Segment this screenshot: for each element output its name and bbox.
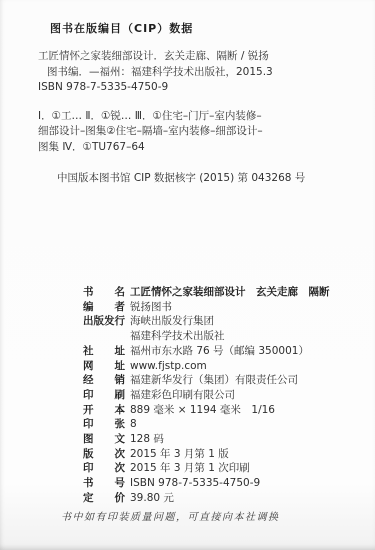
colophon-row-value: ISBN 978-7-5335-4750-9 bbox=[130, 476, 349, 491]
colophon-row: 印次 2015 年 3 月第 1 次印刷 bbox=[83, 461, 349, 476]
colophon-row-value: 福建科学技术出版社 bbox=[130, 329, 349, 344]
colophon-row: 图文 128 码 bbox=[83, 432, 349, 447]
colophon-row-label: 印张 bbox=[83, 417, 125, 432]
colophon-row-value: 889 毫米 × 1194 毫米 1/16 bbox=[130, 403, 349, 418]
colophon-row-label: 书号 bbox=[83, 476, 125, 491]
colophon-row-value: www.fjstp.com bbox=[130, 359, 349, 374]
cip-description-paragraph: 工匠情怀之家装细部设计．玄关走廊、隔断 / 锐扬图书编．—福州：福建科学技术出版… bbox=[38, 49, 349, 96]
cip-classification-paragraph: Ⅰ．①工… Ⅱ．①锐… Ⅲ．①住宅–门厅–室内装修–细部设计–图集②住宅–隔墙–… bbox=[38, 109, 349, 156]
colophon-row-label: 印次 bbox=[83, 461, 125, 476]
colophon-row-label: 社址 bbox=[83, 344, 125, 359]
colophon-row-value: 工匠情怀之家装细部设计 玄关走廊 隔断 bbox=[130, 285, 349, 300]
cip-description-line: 图书编．—福州：福建科学技术出版社，2015.3 bbox=[38, 65, 349, 81]
colophon-row-label: 经销 bbox=[83, 373, 125, 388]
cip-header-title: 图书在版编目（CIP）数据 bbox=[50, 20, 349, 36]
cip-classification-line: 细部设计–图集②住宅–隔墙–室内装修–细部设计– bbox=[38, 124, 349, 140]
colophon-row-label: 开本 bbox=[83, 403, 125, 418]
colophon-row-label: 出版发行 bbox=[83, 314, 125, 329]
colophon-row-value: 锐扬图书 bbox=[130, 300, 349, 315]
colophon-row: 印张 8 bbox=[83, 417, 349, 432]
colophon-row: 经销 福建新华发行（集团）有限责任公司 bbox=[83, 373, 349, 388]
colophon-row-label: 版次 bbox=[83, 447, 125, 462]
colophon-row: 版次 2015 年 3 月第 1 版 bbox=[83, 447, 349, 462]
colophon-row-label: 网址 bbox=[83, 359, 125, 374]
colophon-row-value: 福建新华发行（集团）有限责任公司 bbox=[130, 373, 349, 388]
colophon-row-value: 128 码 bbox=[130, 432, 349, 447]
cip-description-line: ISBN 978-7-5335-4750-9 bbox=[38, 80, 349, 96]
colophon-row-value: 福州市东水路 76 号（邮编 350001） bbox=[130, 344, 349, 359]
colophon-row: 书号 ISBN 978-7-5335-4750-9 bbox=[83, 476, 349, 491]
colophon-row: 编者 锐扬图书 bbox=[83, 300, 349, 315]
cip-record-number: 中国版本图书馆 CIP 数据核字 (2015) 第 043268 号 bbox=[57, 170, 349, 185]
colophon-row: 印刷 福建彩色印刷有限公司 bbox=[83, 388, 349, 403]
colophon-row: 定价 39.80 元 bbox=[83, 491, 349, 506]
colophon-row-value: 2015 年 3 月第 1 次印刷 bbox=[130, 461, 349, 476]
colophon-row-value: 39.80 元 bbox=[130, 491, 349, 506]
colophon-row: 书名 工匠情怀之家装细部设计 玄关走廊 隔断 bbox=[83, 285, 349, 300]
scanned-copyright-page: 图书在版编目（CIP）数据 工匠情怀之家装细部设计．玄关走廊、隔断 / 锐扬图书… bbox=[0, 0, 375, 550]
colophon-row-value: 福建彩色印刷有限公司 bbox=[130, 388, 349, 403]
colophon-row-label: 定价 bbox=[83, 491, 125, 506]
cip-section: 图书在版编目（CIP）数据 工匠情怀之家装细部设计．玄关走廊、隔断 / 锐扬图书… bbox=[0, 0, 375, 523]
colophon-row-label: 编者 bbox=[83, 300, 125, 315]
colophon-row-value: 2015 年 3 月第 1 版 bbox=[130, 447, 349, 462]
colophon-row-value: 8 bbox=[130, 417, 349, 432]
colophon-row: 开本 889 毫米 × 1194 毫米 1/16 bbox=[83, 403, 349, 418]
cip-description-line: 工匠情怀之家装细部设计．玄关走廊、隔断 / 锐扬 bbox=[38, 49, 349, 65]
quality-exchange-note: 书中如有印装质量问题，可直接向本社调换 bbox=[61, 508, 349, 523]
colophon-row-label: 印刷 bbox=[83, 388, 125, 403]
colophon-row: 网址 www.fjstp.com bbox=[83, 359, 349, 374]
colophon-row-label: 书名 bbox=[83, 285, 125, 300]
colophon-table: 书名 工匠情怀之家装细部设计 玄关走廊 隔断 编者 锐扬图书 出版发行 海峡出版… bbox=[83, 285, 349, 506]
colophon-row: 社址 福州市东水路 76 号（邮编 350001） bbox=[83, 344, 349, 359]
colophon-row: 福建科学技术出版社 bbox=[83, 329, 349, 344]
colophon-row-label: 图文 bbox=[83, 432, 125, 447]
colophon-row-value: 海峡出版发行集团 bbox=[130, 314, 349, 329]
cip-classification-line: 图集 Ⅳ．①TU767–64 bbox=[38, 140, 349, 156]
cip-classification-line: Ⅰ．①工… Ⅱ．①锐… Ⅲ．①住宅–门厅–室内装修– bbox=[38, 109, 349, 125]
colophon-row: 出版发行 海峡出版发行集团 bbox=[83, 314, 349, 329]
